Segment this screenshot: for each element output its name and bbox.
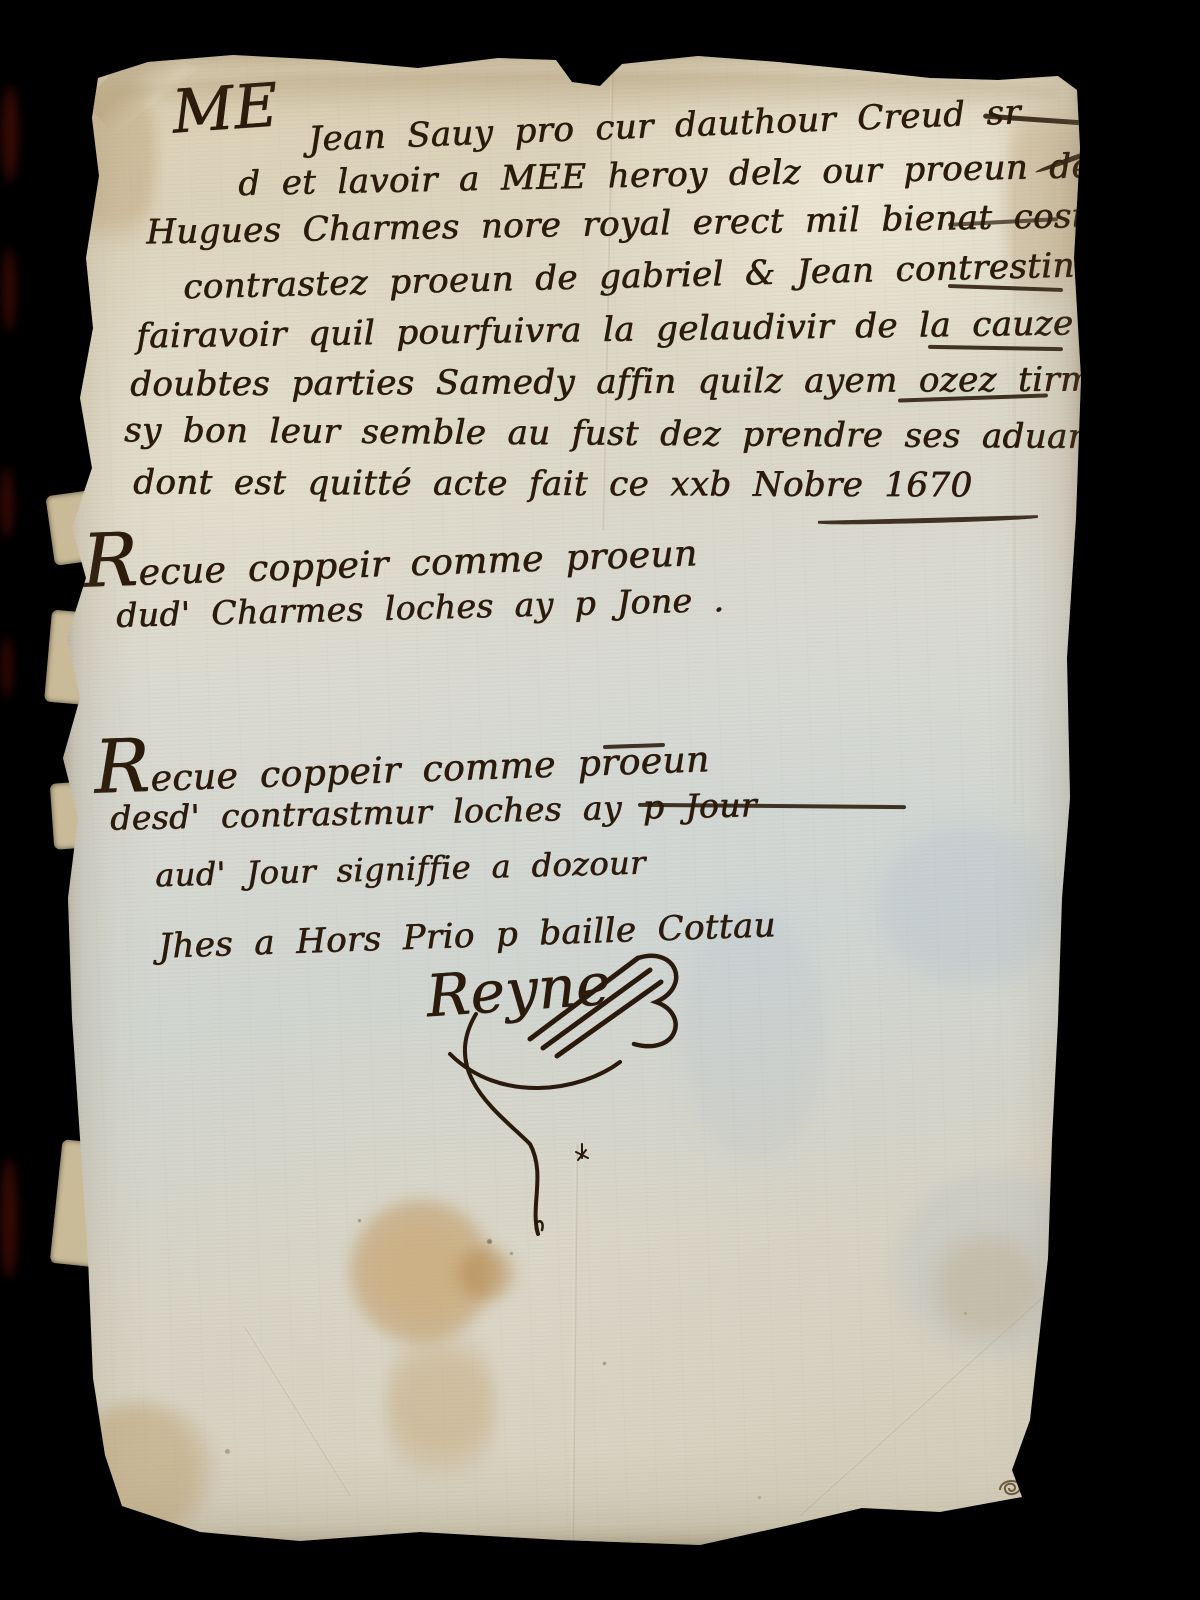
ink-show-through (878, 824, 1058, 984)
signature-paraph-flourish (380, 944, 720, 1244)
opening-initial: ME (170, 70, 281, 147)
corner-spiral-mark (996, 1474, 1026, 1500)
receipt-note-line: aud' Jour signiffie a dozour (155, 844, 646, 895)
water-stain-drip (386, 1312, 496, 1497)
fold-crease-diagonal-left (244, 1326, 352, 1497)
corner-stain (58, 1400, 218, 1540)
background-red-smudge (1, 468, 13, 538)
background-red-smudge (2, 86, 18, 182)
manuscript-page: ME Jean Sauy pro cur dauthour Creud sr d… (58, 44, 1088, 1549)
background-red-smudge (3, 248, 15, 332)
water-stain-spot (450, 1244, 520, 1304)
manuscript-line: sy bon leur semble au fust dez prendre s… (124, 410, 1179, 457)
line-filler-flourish (928, 345, 1063, 351)
edge-toning-left (66, 54, 156, 264)
background-red-smudge (1, 1158, 17, 1278)
ink-show-through (898, 1174, 1098, 1354)
date-underline-flourish (818, 515, 1038, 526)
manuscript-line: contrastez proeun de gabriel & Jean cont… (183, 245, 1114, 308)
background-red-smudge (2, 636, 12, 698)
foxing-speckles (58, 44, 61, 47)
manuscript-line: dont est quitté acte fait ce xxb Nobre 1… (133, 463, 972, 506)
photo-background: ME Jean Sauy pro cur dauthour Creud sr d… (0, 0, 1200, 1600)
